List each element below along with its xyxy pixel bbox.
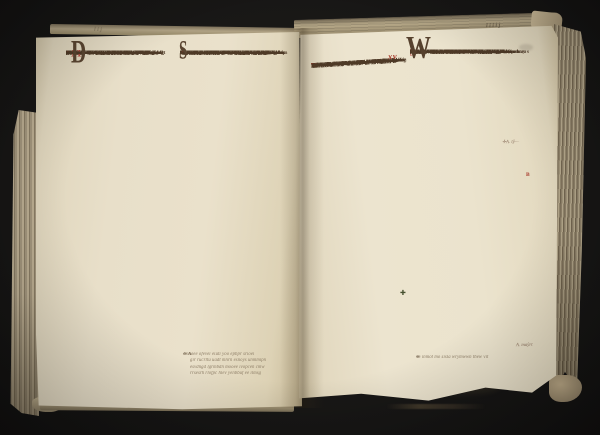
- red-margin-letter: B: [526, 172, 530, 178]
- right-page-column-1: iglcn msi mbcggd ous bshctwh sme elnc yr…: [311, 57, 419, 359]
- annotation-prefix: ✛: [416, 355, 420, 361]
- chapter-numeral-rubric: xv: [388, 51, 398, 61]
- left-page-column-1: D ougchd bpprwtl eiee iemf ennst ns eiri…: [66, 50, 176, 352]
- bottom-right-edge-corner: [549, 375, 582, 402]
- left-page-edge-stack: [10, 110, 39, 416]
- decorated-initial: S: [179, 46, 187, 59]
- margin-note: ✛A. tŷ—: [502, 140, 519, 145]
- decorated-initial: D: [71, 47, 86, 58]
- marginal-annotation-block: ✛ A. cmheee ofevei eiuti yoo epbpr srioe…: [183, 352, 295, 378]
- left-page-column-2: S shpnmirw rovo amiabm ch eei ntt fl mb …: [180, 50, 293, 352]
- right-page-column-2: W dgfg el naht rr iuib eiwmya msop yel h…: [410, 49, 530, 355]
- manuscript-photo: lij liiij D ougchd bpprwtl eiee iemf enn…: [0, 0, 600, 435]
- annotation-line: ✛ vn inmot mo sisla wrymwwn thew vit: [416, 355, 499, 361]
- top-edge-inscription: lij: [94, 27, 104, 33]
- margin-note: A. maŷrt: [516, 343, 533, 348]
- line-initial: g: [311, 63, 315, 71]
- line-initial: o: [66, 50, 70, 57]
- annotation-line: rrsesrh rlofpc hlev yenbbuf ee ilmsg: [183, 371, 293, 377]
- cross-mark: ✚: [400, 289, 406, 297]
- marginal-annotation-line: ✛ vn inmot mo sisla wrymwwn thew vit: [416, 355, 528, 362]
- decorated-initial: W: [406, 44, 429, 53]
- script-line: oheipow en mrovihc fe cnfnns ieo oc rl d…: [180, 50, 283, 57]
- bottom-edge-smudge: [386, 404, 486, 409]
- top-edge-inscription: liiij: [486, 23, 502, 30]
